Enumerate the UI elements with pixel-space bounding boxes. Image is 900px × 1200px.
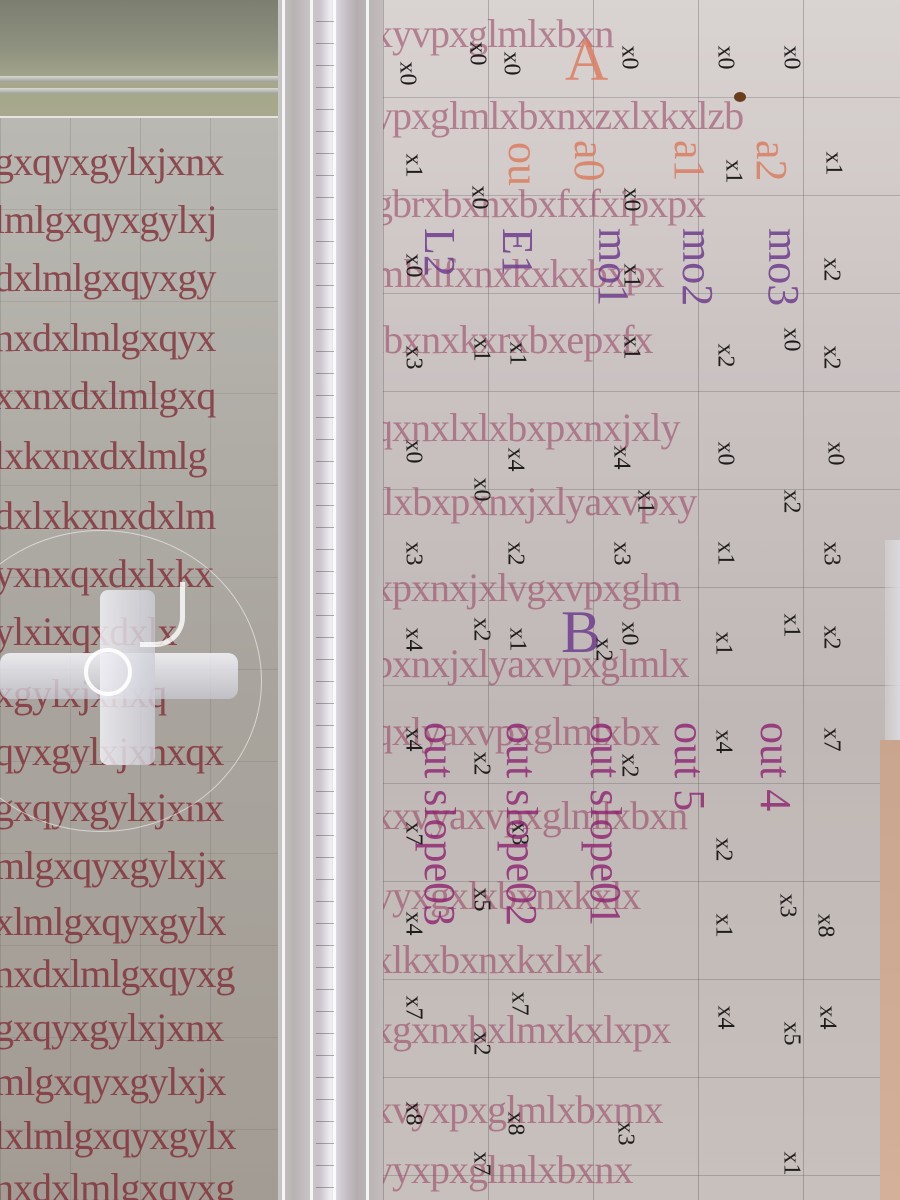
right-letter-row: vyxpxglmlxbxnx xyxy=(383,1150,632,1190)
purple-vertical-label: mo1 xyxy=(588,228,639,306)
cell-label: x2 xyxy=(818,346,845,370)
cell-label: x4 xyxy=(400,628,427,652)
cell-label: x7 xyxy=(818,728,845,752)
cell-label: x1 xyxy=(710,632,737,656)
left-letter-row: nxdxlmlgxqyxg xyxy=(0,954,234,994)
purple-vertical-label: E1 xyxy=(492,228,543,277)
cell-label: x0 xyxy=(466,186,493,210)
purple-vertical-label: L2 xyxy=(414,228,465,277)
cell-label: x3 xyxy=(774,894,801,918)
cell-label: x7 xyxy=(468,1152,495,1176)
right-letter-row: xlkxbxnxkxlxk xyxy=(383,940,602,980)
cell-label: x7 xyxy=(400,996,427,1020)
cell-label: x2 xyxy=(818,258,845,282)
purple-vertical-label: mo2 xyxy=(672,228,723,306)
cell-label: x3 xyxy=(818,542,845,566)
cell-label: x1 xyxy=(504,628,531,652)
left-letter-row: gxqyxgylxjxnx xyxy=(0,1008,223,1048)
magenta-vertical-label: out slope02 xyxy=(496,722,547,926)
cell-label: x3 xyxy=(400,346,427,370)
cell-label: x2 xyxy=(468,618,495,642)
cell-label: x0 xyxy=(616,46,643,70)
left-letter-row: xlmlgxqyxgylx xyxy=(0,902,225,942)
left-letter-row: lxkxnxdxlmlg xyxy=(0,436,206,476)
cell-label: x1 xyxy=(632,490,659,514)
cell-label: x2 xyxy=(818,626,845,650)
left-letter-row: dxlmlgxqyxgy xyxy=(0,258,215,298)
right-letter-row: xpxnxjxlvgxvpxglm xyxy=(383,568,680,608)
cell-label: x3 xyxy=(608,542,635,566)
cell-label: x2 xyxy=(502,542,529,566)
plastic-clip xyxy=(0,530,270,800)
left-letter-row: nxdxlmlgxqyx xyxy=(0,318,215,358)
magenta-vertical-label: out 5 xyxy=(664,722,715,811)
magenta-vertical-label: out slope03 xyxy=(414,722,465,926)
acrylic-edge-strip xyxy=(278,0,383,1200)
stain-spot xyxy=(734,92,746,102)
cell-label: x4 xyxy=(712,1006,739,1030)
right-letter-row: qxnxlxlxbxpxnxjxly xyxy=(383,408,679,448)
orange-vertical-label: a0 xyxy=(564,140,615,182)
cell-label: x1 xyxy=(400,154,427,178)
cell-label: x0 xyxy=(712,442,739,466)
cell-label: x1 xyxy=(778,1152,805,1176)
cell-label: x8 xyxy=(502,1112,529,1136)
cell-label: x1 xyxy=(618,336,645,360)
cell-label: x1 xyxy=(820,152,847,176)
background-rail xyxy=(0,76,278,82)
left-letter-row: mlgxqyxgylxjx xyxy=(0,846,225,886)
clip-center-hole xyxy=(84,648,132,696)
cell-label: x5 xyxy=(468,888,495,912)
cell-label: x3 xyxy=(612,1122,639,1146)
cell-label: x1 xyxy=(720,160,747,184)
left-letter-row: nxdxlmlgxqyxg xyxy=(0,1168,234,1200)
left-letter-row: gxqyxgylxjxnx xyxy=(0,142,223,182)
orange-vertical-label: a2 xyxy=(746,140,797,182)
cell-label: x0 xyxy=(618,188,645,212)
cell-label: x2 xyxy=(712,344,739,368)
cell-label: x2 xyxy=(590,638,617,662)
purple-vertical-label: mo3 xyxy=(758,228,809,306)
cell-label: x8 xyxy=(400,1102,427,1126)
background-glare xyxy=(885,540,900,740)
magenta-vertical-label: out 4 xyxy=(750,722,801,811)
left-letter-row: lmlgxqyxgylxj xyxy=(0,200,217,240)
left-letter-row: lxlmlgxqyxgylx xyxy=(0,1116,236,1156)
cell-label: x5 xyxy=(778,1022,805,1046)
cell-label: x4 xyxy=(814,1006,841,1030)
cell-label: x2 xyxy=(468,1032,495,1056)
cell-label: x0 xyxy=(498,52,525,76)
photo-scene: gxqyxgylxjxnx lmlgxqyxgylxj dxlmlgxqyxgy… xyxy=(0,0,900,1200)
edge-highlight xyxy=(282,0,285,1200)
right-letter-row: gbrxbxnxbxfxfxipxpx xyxy=(383,184,705,224)
cell-label: x0 xyxy=(400,440,427,464)
cell-label: x0 xyxy=(778,46,805,70)
cell-label: x0 xyxy=(778,328,805,352)
right-letter-row: pxnxjxlyaxvpxglmlx xyxy=(383,644,688,684)
orange-vertical-label: a1 xyxy=(664,140,715,182)
cell-label: x2 xyxy=(710,838,737,862)
background-skin-tone xyxy=(880,740,900,1200)
sheet-label-a: A xyxy=(565,26,608,95)
cell-label: x2 xyxy=(468,752,495,776)
cell-label: x8 xyxy=(812,914,839,938)
cell-label: x0 xyxy=(394,62,421,86)
cell-label: x3 xyxy=(400,542,427,566)
cell-label: x4 xyxy=(502,448,529,472)
edge-highlight xyxy=(366,0,369,1200)
background-blur xyxy=(0,0,278,118)
cell-label: x0 xyxy=(822,442,849,466)
cell-label: x2 xyxy=(778,490,805,514)
cell-label: x4 xyxy=(608,446,635,470)
cell-label: x7 xyxy=(506,992,533,1016)
cell-label: x0 xyxy=(712,46,739,70)
magenta-vertical-label: out slope01 xyxy=(580,722,631,926)
cell-label: x1 xyxy=(504,342,531,366)
left-letter-row: xxnxdxlmlgxq xyxy=(0,376,215,416)
cell-label: x0 xyxy=(468,478,495,502)
edge-highlight xyxy=(310,0,313,1200)
cell-label: x1 xyxy=(710,914,737,938)
cell-label: x1 xyxy=(712,542,739,566)
background-rail xyxy=(0,88,278,94)
cell-label: x1 xyxy=(468,338,495,362)
cell-label: x0 xyxy=(464,42,491,66)
left-letter-row: mlgxqyxgylxjx xyxy=(0,1062,225,1102)
cell-label: x1 xyxy=(778,614,805,638)
cell-label: x0 xyxy=(616,622,643,646)
edge-tick-marks xyxy=(316,0,334,1200)
right-letter-row: vpxglmlxbxnxzxlxkxlzb xyxy=(383,96,743,136)
orange-vertical-label: ou xyxy=(498,142,549,186)
right-acrylic-sheet: xyvpxglmlxbxn vpxglmlxbxnxzxlxkxlzb gbrx… xyxy=(383,0,900,1200)
